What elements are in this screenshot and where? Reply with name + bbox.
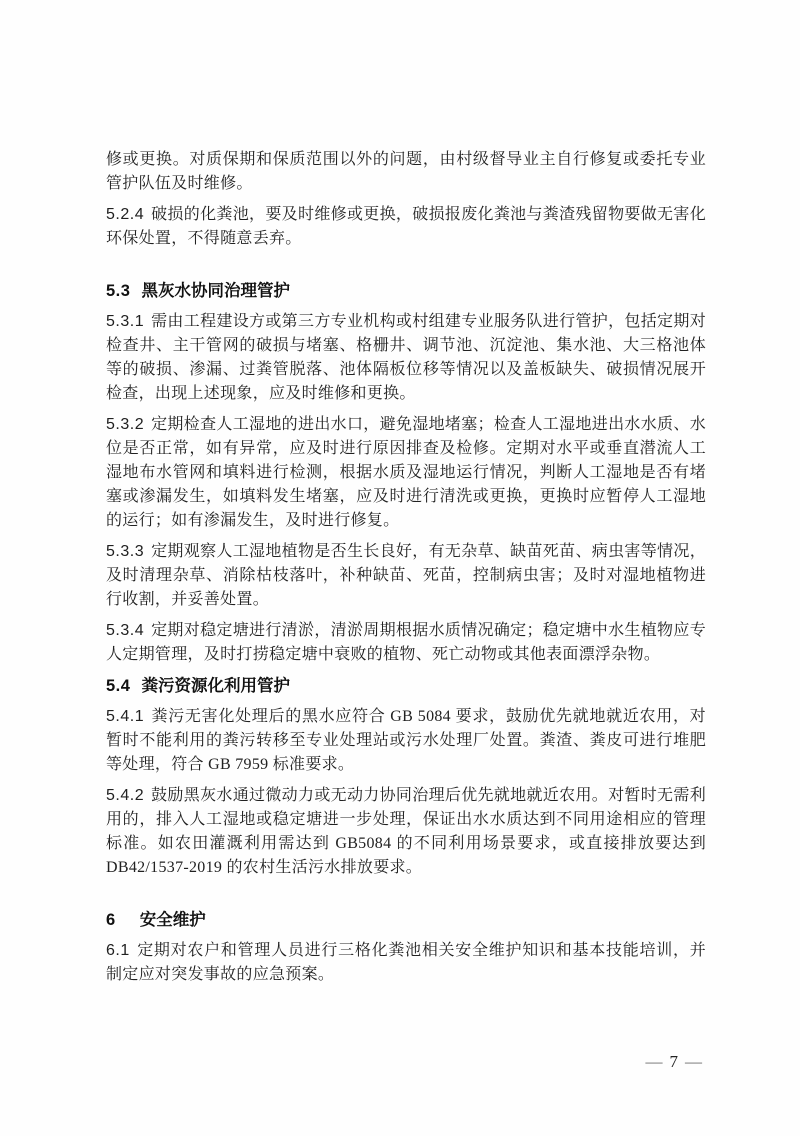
document-page: 修或更换。对质保期和保质范围以外的问题，由村级督导业主自行修复或委托专业管护队伍… [0,0,800,1136]
footer-dash-left: — [646,1052,663,1071]
clause-number: 5.2.4 [106,206,144,223]
clause-text: 定期对农户和管理人员进行三格化粪池相关安全维护知识和基本技能培训，并制定应对突发… [106,942,706,983]
clause-5-4-2: 5.4.2鼓励黑灰水通过微动力或无动力协同治理后优先就地就近农用。对暂时无需利用… [106,784,706,880]
footer-dash-right: — [685,1052,702,1071]
section-number: 5.3 [106,282,130,300]
clause-number: 5.4.2 [106,787,144,804]
clause-text: 定期对稳定塘进行清淤，清淤周期根据水质情况确定；稳定塘中水生植物应专人定期管理，… [106,622,706,663]
section-heading-6: 6安全维护 [106,908,706,932]
clause-number: 6.1 [106,942,130,959]
clause-text: 定期检查人工湿地的进出水口，避免湿地堵塞；检查人工湿地进出水水质、水位是否正常，… [106,416,706,529]
clause-number: 5.3.4 [106,622,144,639]
clause-5-3-1: 5.3.1需由工程建设方或第三方专业机构或村组建专业服务队进行管护，包括定期对检… [106,310,706,406]
section-title: 安全维护 [140,910,206,929]
clause-5-4-1: 5.4.1粪污无害化处理后的黑水应符合 GB 5084 要求，鼓励优先就地就近农… [106,705,706,777]
clause-5-3-3: 5.3.3定期观察人工湿地植物是否生长良好，有无杂草、缺苗死苗、病虫害等情况，及… [106,540,706,612]
clause-number: 5.4.1 [106,708,144,725]
clause-number: 5.3.1 [106,313,144,330]
paragraph-continuation: 修或更换。对质保期和保质范围以外的问题，由村级督导业主自行修复或委托专业管护队伍… [106,148,706,196]
section-heading-5-4: 5.4粪污资源化利用管护 [106,674,706,698]
paragraph-text: 修或更换。对质保期和保质范围以外的问题，由村级督导业主自行修复或委托专业管护队伍… [106,151,706,192]
clause-text: 定期观察人工湿地植物是否生长良好，有无杂草、缺苗死苗、病虫害等情况，及时清理杂草… [106,543,706,608]
clause-text: 需由工程建设方或第三方专业机构或村组建专业服务队进行管护，包括定期对检查井、主干… [106,313,706,402]
section-title: 粪污资源化利用管护 [141,676,290,695]
clause-6-1: 6.1定期对农户和管理人员进行三格化粪池相关安全维护知识和基本技能培训，并制定应… [106,939,706,987]
clause-5-3-4: 5.3.4定期对稳定塘进行清淤，清淤周期根据水质情况确定；稳定塘中水生植物应专人… [106,619,706,667]
clause-text: 破损的化粪池，要及时维修或更换，破损报废化粪池与粪渣残留物要做无害化环保处置，不… [106,206,706,247]
page-number: 7 [670,1052,679,1071]
clause-5-3-2: 5.3.2定期检查人工湿地的进出水口，避免湿地堵塞；检查人工湿地进出水水质、水位… [106,413,706,533]
clause-5-2-4: 5.2.4破损的化粪池，要及时维修或更换，破损报废化粪池与粪渣残留物要做无害化环… [106,203,706,251]
clause-number: 5.3.3 [106,543,144,560]
clause-text: 鼓励黑灰水通过微动力或无动力协同治理后优先就地就近农用。对暂时无需利用的，排入人… [106,787,706,876]
section-number: 6 [106,911,116,929]
clause-number: 5.3.2 [106,416,144,433]
section-heading-5-3: 5.3黑灰水协同治理管护 [106,279,706,303]
section-title: 黑灰水协同治理管护 [141,281,290,300]
clause-text: 粪污无害化处理后的黑水应符合 GB 5084 要求，鼓励优先就地就近农用，对暂时… [106,708,706,773]
page-footer: —7— [646,1052,703,1072]
section-number: 5.4 [106,677,130,695]
